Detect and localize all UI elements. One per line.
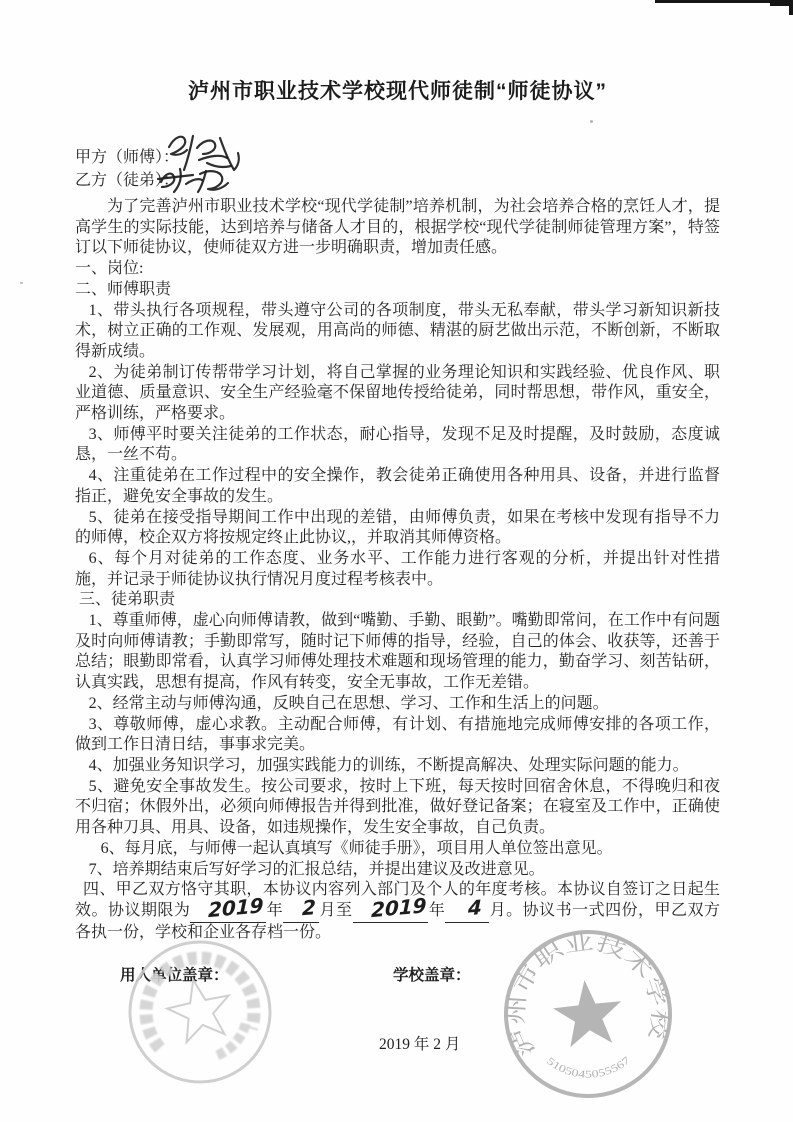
preamble-paragraph: 为了完善泸州市职业技术学校“现代学徒制”培养机制，为社会培养合格的烹饪人才，提高…: [75, 197, 720, 259]
mentor-duty-item: 4、注重徒弟在工作过程中的安全操作，教会徒弟正确使用各种用具、设备，并进行监督指…: [75, 466, 720, 507]
school-stamp-star-icon: [550, 977, 625, 1049]
school-stamp: 泸州市职业技术学校 5105045055567: [493, 919, 682, 1108]
term-start-month-handwritten: 2: [294, 900, 316, 916]
employer-stamp-illegible-inner-text: [211, 1019, 252, 1055]
scan-artifact-corner: [789, 0, 793, 15]
term-end-year-blank: 2019: [353, 901, 429, 923]
party-b-signature: [156, 165, 234, 197]
term-end-month-handwritten: 4: [460, 900, 482, 916]
section-3-heading: 三、徒弟职责: [75, 590, 720, 611]
scanned-agreement-page: 泸州市职业技术学校现代师徒制“师徒协议” 甲方（师傅）： 乙方（徒弟）： 为了完…: [0, 0, 793, 1122]
mentor-duty-item: 1、带头执行各项规程，带头遵守公司的各项制度，带头无私奉献，带头学习新知识新技术…: [75, 301, 720, 363]
term-start-year-handwritten: 2019: [200, 898, 264, 918]
footer-date: 2019 年 2 月: [379, 1032, 460, 1054]
apprentice-duty-item: 3、尊敬师傅，虚心求教。主动配合师傅，有计划、有措施地完成师傅安排的各项工作，做…: [75, 715, 720, 756]
school-stamp-serial-text: 5105045055567: [543, 1047, 634, 1085]
page-title: 泸州市职业技术学校现代师徒制“师徒协议”: [75, 78, 720, 106]
school-stamp-serial: 5105045055567: [543, 1047, 634, 1085]
apprentice-duty-item: 6、每月底，与师傅一起认真填写《师徒手册》，项目用人单位签出意见。: [75, 839, 720, 860]
year-label: 年: [266, 902, 283, 919]
school-seal-label: 学校盖章：: [393, 963, 471, 985]
mentor-duty-item: 5、徒弟在接受指导期间工作中出现的差错，由师傅负责，如果在考核中发现有指导不力的…: [75, 508, 720, 549]
mentor-duty-item: 2、为徒弟制订传帮带学习计划，将自己掌握的业务理论知识和实践经验、优良作风、职业…: [75, 363, 720, 425]
scan-speck: [20, 282, 23, 284]
document-body: 泸州市职业技术学校现代师徒制“师徒协议” 甲方（师傅）： 乙方（徒弟）： 为了完…: [75, 70, 720, 943]
section-1-heading: 一、岗位:: [75, 259, 720, 280]
section-2-heading: 二、师傅职责: [75, 280, 720, 301]
term-start-year-blank: 2019: [190, 901, 266, 923]
apprentice-duty-item: 2、经常主动与师傅沟通，反映自己在思想、学习、工作和生活上的问题。: [75, 694, 720, 715]
term-end-month-blank: 4: [445, 901, 489, 923]
term-end-year-handwritten: 2019: [363, 898, 427, 918]
apprentice-duty-item: 5、避免安全事故发生。按公司要求，按时上下班，每天按时回宿舍休息，不得晚归和夜不…: [75, 777, 720, 839]
employer-stamp-star-icon: [162, 973, 236, 1044]
mentor-duty-item: 3、师傅平时要关注徒弟的工作状态，耐心指导，发现不足及时提醒，及时鼓励，态度诚恳…: [75, 425, 720, 466]
employer-stamp: [112, 924, 288, 1100]
mentor-duty-item: 6、每个月对徒弟的工作态度、业务水平、工作能力进行客观的分析，并提出针对性措施，…: [75, 549, 720, 590]
year-label: 年: [428, 902, 445, 919]
term-start-month-blank: 2: [283, 901, 319, 923]
apprentice-duty-item: 1、尊重师傅，虚心向师傅请教，做到“嘴勤、手勤、眼勤”。嘴勤即常问，在工作中有问…: [75, 611, 720, 694]
month-to-label: 月至: [319, 902, 352, 919]
apprentice-duty-item: 7、培养期结束后写好学习的汇报总结，并提出建议及改进意见。: [75, 860, 720, 881]
apprentice-duty-item: 4、加强业务知识学习，加强实践能力的训练，不断提高解决、处理实际问题的能力。: [75, 756, 720, 777]
